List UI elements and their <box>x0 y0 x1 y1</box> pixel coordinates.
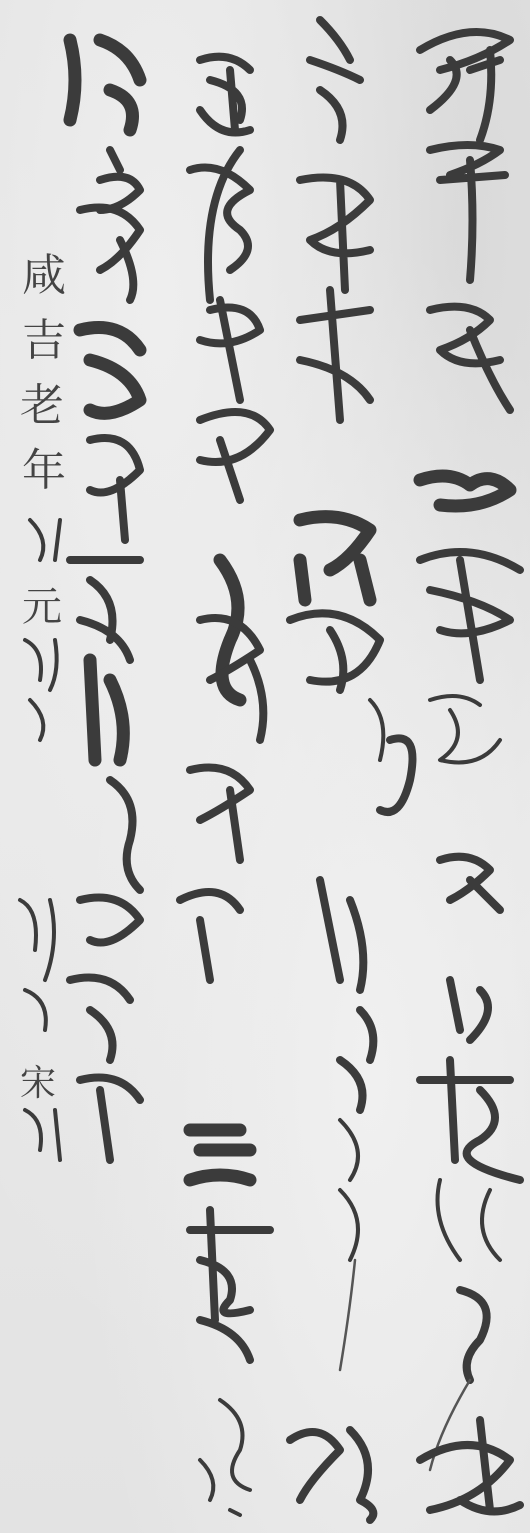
column-5-inscription: 咸 吉 老 年 元 宋 <box>20 250 66 1160</box>
calligraphy-strokes: 咸 吉 老 年 元 宋 <box>0 0 530 1533</box>
column-2 <box>290 20 413 1520</box>
inscription-char-4: 年 <box>22 445 66 496</box>
column-3 <box>180 57 270 1515</box>
inscription-char-1: 咸 <box>22 250 66 301</box>
calligraphy-artwork: Chinese cursive calligraphy (caoshu), sc… <box>0 0 530 1533</box>
inscription-char-3: 老 <box>20 380 64 431</box>
inscription-char-2: 吉 <box>22 315 66 366</box>
inscription-char-5: 元 <box>22 584 62 630</box>
column-1 <box>420 32 520 1511</box>
inscription-char-6: 宋 <box>20 1063 56 1104</box>
column-4 <box>70 40 140 1160</box>
